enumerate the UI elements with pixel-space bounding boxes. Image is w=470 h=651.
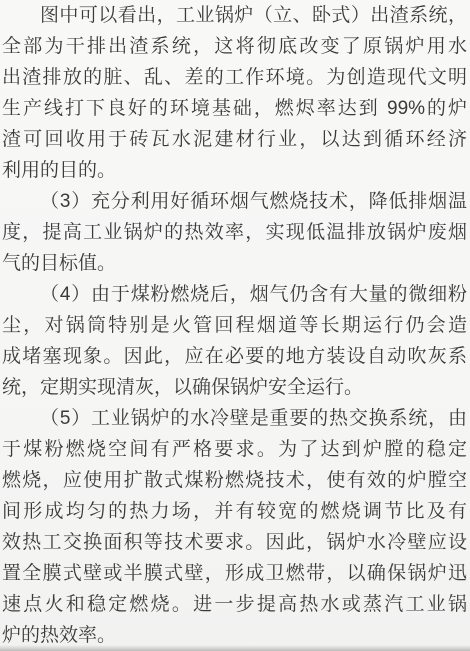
text-line: （4）由于煤粉燃烧后，烟气仍含有大量的微细粉 bbox=[2, 279, 467, 310]
text-line: 燃烧，应使用扩散式煤粉燃烧技术，使有效的炉膛空 bbox=[2, 465, 467, 496]
text-line: 效热工交换面积等技术要求。因此，锅炉水冷壁应设 bbox=[2, 527, 467, 558]
text-line: 于煤粉燃烧空间有严格要求。为了达到炉膛的稳定 bbox=[2, 434, 467, 465]
paragraph: 图中可以看出，工业锅炉（立、卧式）出渣系统，全部为干排出渣系统，这将彻底改变了原… bbox=[2, 0, 467, 186]
text-line: 置全膜式壁或半膜式壁，形成卫燃带，以确保锅炉迅 bbox=[2, 558, 467, 589]
document-page: 图中可以看出，工业锅炉（立、卧式）出渣系统，全部为干排出渣系统，这将彻底改变了原… bbox=[0, 0, 470, 651]
text-content: 图中可以看出，工业锅炉（立、卧式）出渣系统，全部为干排出渣系统，这将彻底改变了原… bbox=[0, 0, 470, 651]
text-line: （5）工业锅炉的水冷壁是重要的热交换系统，由 bbox=[2, 403, 467, 434]
text-line: 利用的目的。 bbox=[2, 155, 467, 186]
text-line: 渣可回收用于砖瓦水泥建材行业，以达到循环经济 bbox=[2, 124, 467, 155]
text-line: 炉的热效率。 bbox=[2, 620, 467, 651]
paragraph: （5）工业锅炉的水冷壁是重要的热交换系统，由于煤粉燃烧空间有严格要求。为了达到炉… bbox=[2, 403, 467, 651]
paragraph: （4）由于煤粉燃烧后，烟气仍含有大量的微细粉尘，对锅筒特别是火管回程烟道等长期运… bbox=[2, 279, 467, 403]
text-line: 速点火和稳定燃烧。进一步提高热水或蒸汽工业锅 bbox=[2, 589, 467, 620]
text-line: （3）充分利用好循环烟气燃烧技术，降低排烟温 bbox=[2, 186, 467, 217]
text-line: 图中可以看出，工业锅炉（立、卧式）出渣系统， bbox=[2, 0, 467, 31]
text-line: 尘，对锅筒特别是火管回程烟道等长期运行仍会造 bbox=[2, 310, 467, 341]
text-line: 统，定期实现清灰，以确保锅炉安全运行。 bbox=[2, 372, 467, 403]
text-line: 度，提高工业锅炉的热效率，实现低温排放锅炉废烟 bbox=[2, 217, 467, 248]
text-line: 全部为干排出渣系统，这将彻底改变了原锅炉用水 bbox=[2, 31, 467, 62]
text-line: 出渣排放的脏、乱、差的工作环境。为创造现代文明 bbox=[2, 62, 467, 93]
text-line: 成堵塞现象。因此，应在必要的地方装设自动吹灰系 bbox=[2, 341, 467, 372]
text-line: 气的目标值。 bbox=[2, 248, 467, 279]
text-line: 生产线打下良好的环境基础，燃烬率达到 99%的炉 bbox=[2, 93, 467, 124]
paragraph: （3）充分利用好循环烟气燃烧技术，降低排烟温度，提高工业锅炉的热效率，实现低温排… bbox=[2, 186, 467, 279]
text-line: 间形成均匀的热力场，并有较宽的燃烧调节比及有 bbox=[2, 496, 467, 527]
